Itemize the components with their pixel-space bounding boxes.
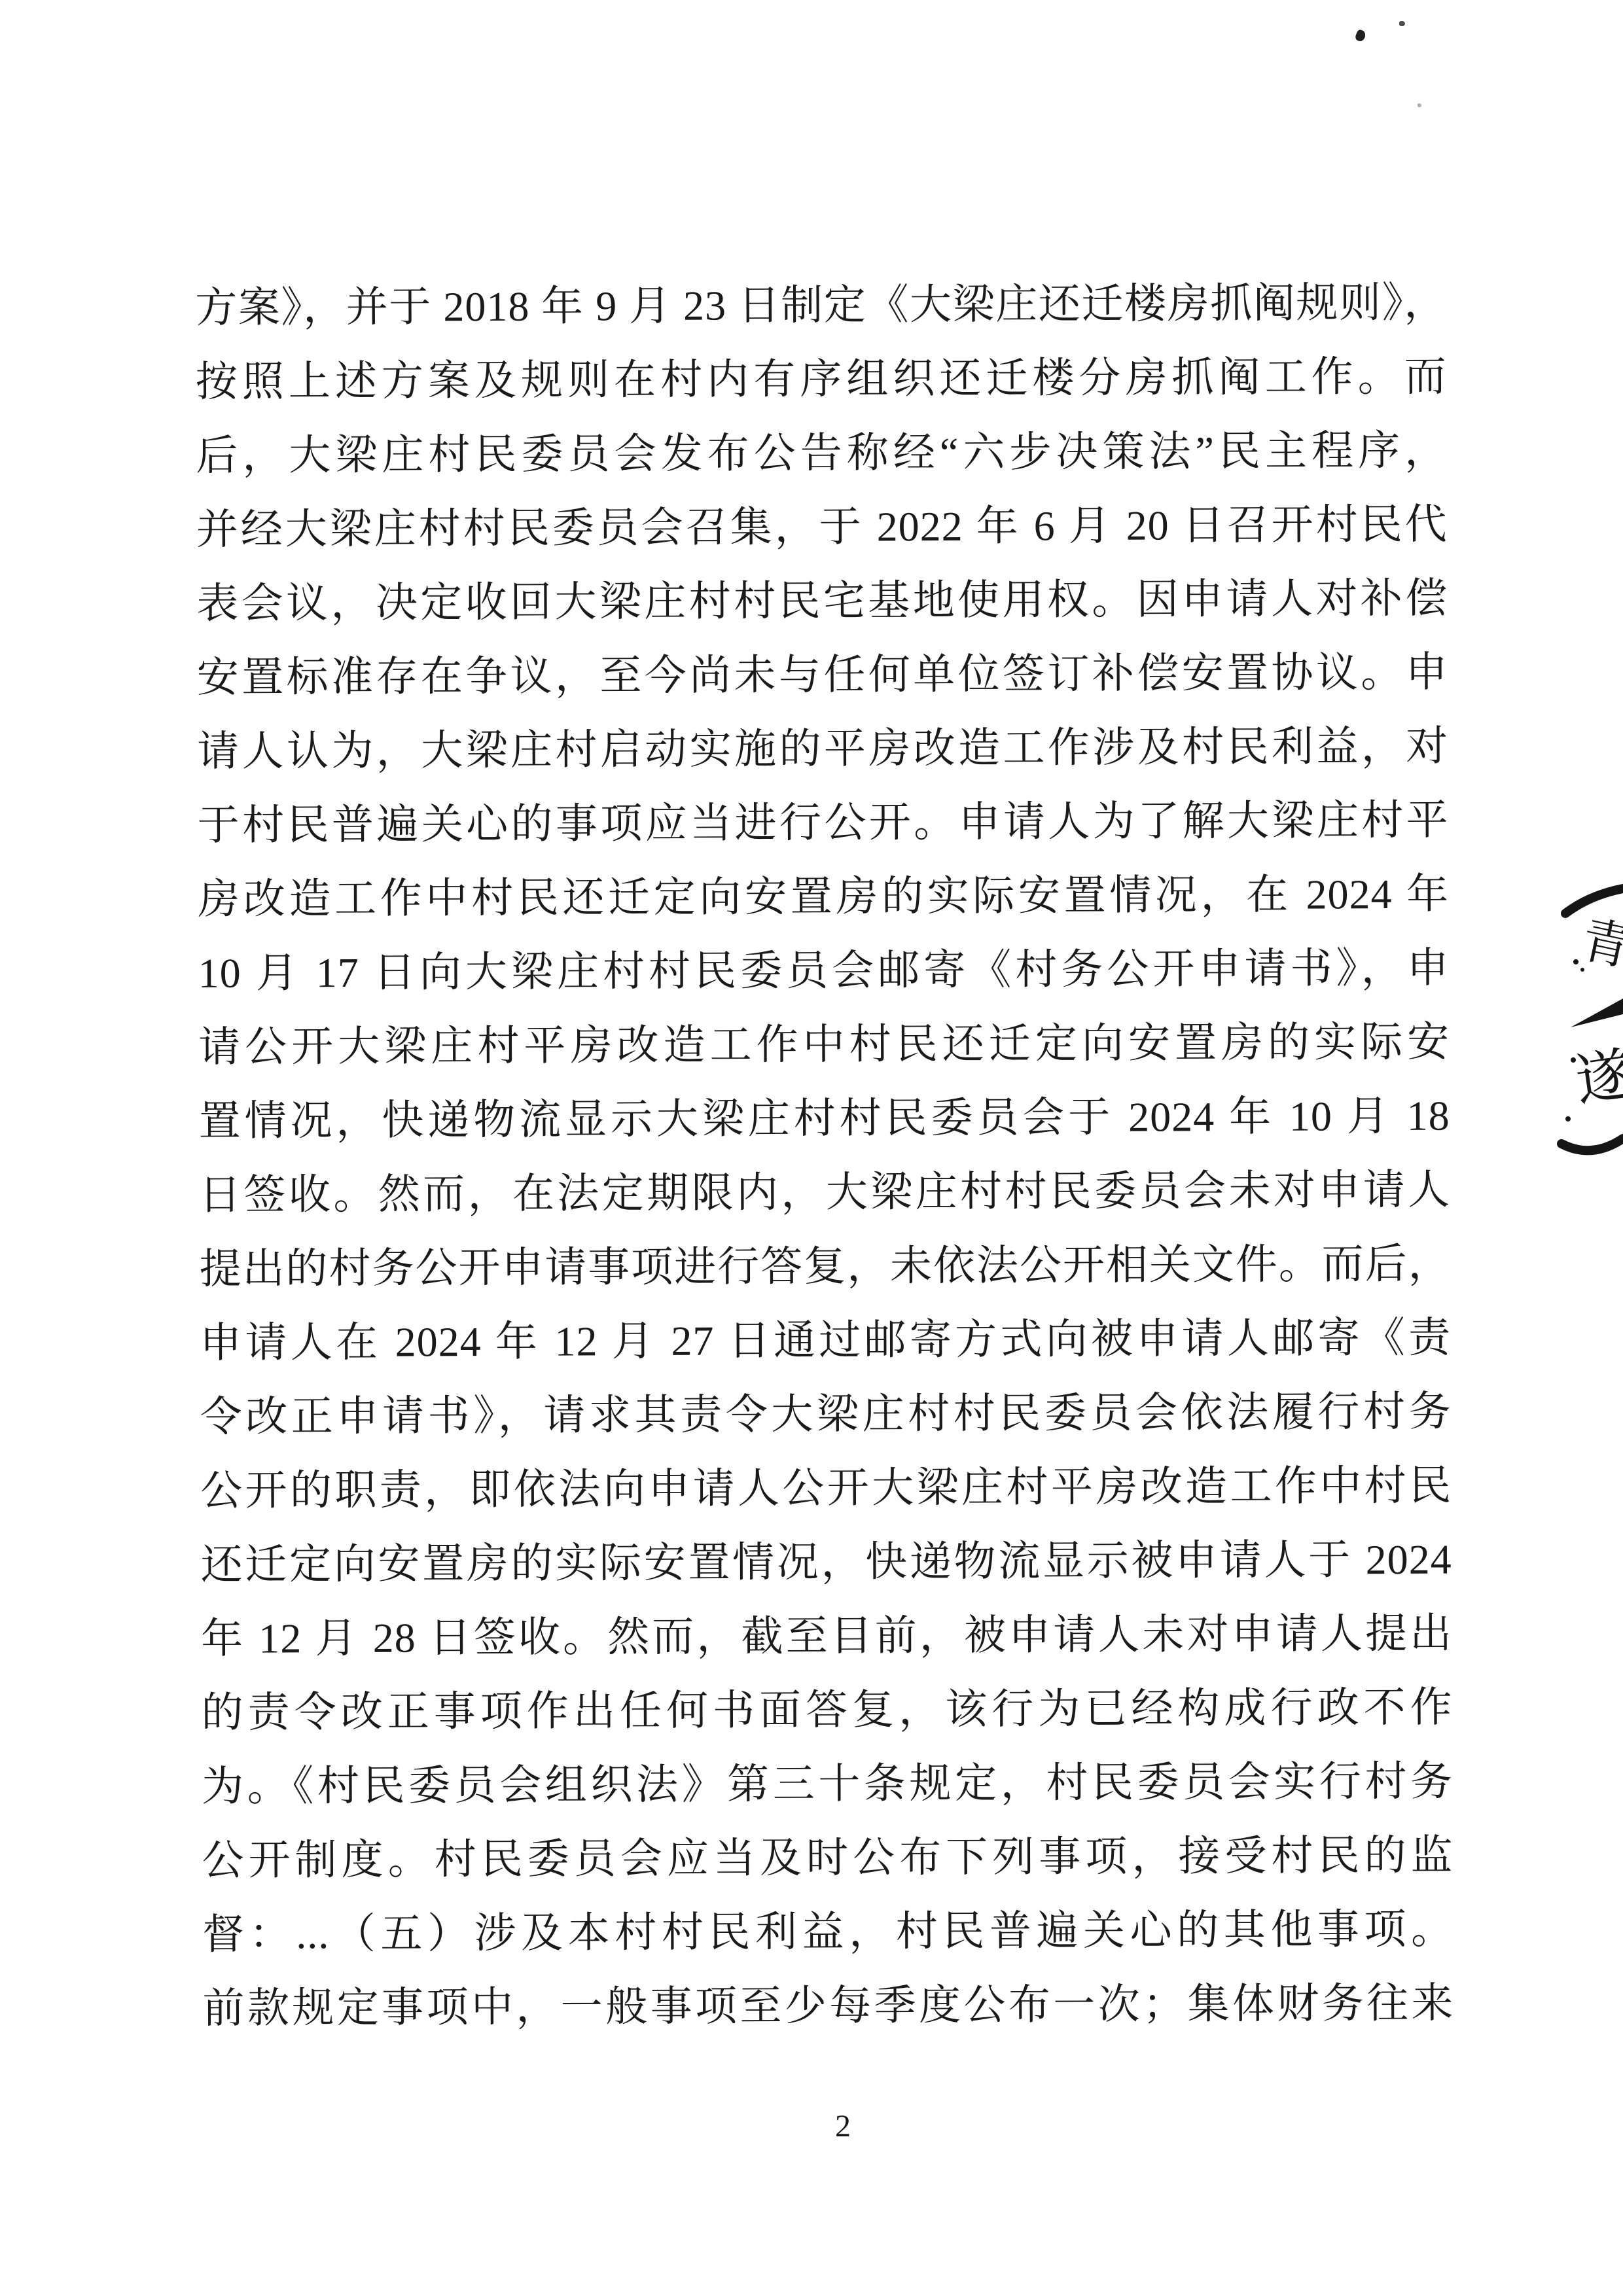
seal-char-bottom: 遂	[1572, 1043, 1623, 1114]
seal-speck	[1573, 959, 1578, 964]
seal-speck	[1565, 1116, 1571, 1122]
text-line: 安置标准存在争议，至今尚未与任何单位签订补偿安置协议。申	[196, 635, 1448, 715]
text-line: 的责令改正事项作出任何书面答复，该行为已经构成行政不作	[201, 1670, 1452, 1750]
seal-speck	[1571, 1057, 1576, 1063]
seal-arc-middle	[1571, 998, 1623, 1027]
text-line: 督：...（五）涉及本村村民利益，村民普遍关心的其他事项。	[202, 1892, 1454, 1971]
text-line: 日签收。然而，在法定期限内，大梁庄村村民委员会未对申请人	[199, 1153, 1450, 1232]
text-line: 还迁定向安置房的实际安置情况，快递物流显示被申请人于 2024	[200, 1523, 1452, 1602]
scan-speck	[1418, 103, 1421, 107]
text-line: 提出的村务公开申请事项进行答复，未依法公开相关文件。而后，	[199, 1227, 1450, 1306]
text-line: 按照上述方案及规则在村内有序组织还迁楼分房抓阄工作。而	[195, 340, 1446, 419]
text-line: 于村民普遍关心的事项应当进行公开。申请人为了解大梁庄村平	[197, 783, 1448, 862]
text-line: 公开的职责，即依法向申请人公开大梁庄村平房改造工作中村民	[200, 1449, 1452, 1528]
text-line: 令改正申请书》，请求其责令大梁庄村村民委员会依法履行村务	[200, 1375, 1451, 1454]
text-line: 10 月 17 日向大梁庄村村民委员会邮寄《村务公开申请书》，申	[198, 931, 1449, 1010]
seal-stamp: 青 遂	[1554, 875, 1623, 1167]
seal-speck	[1580, 968, 1584, 972]
text-line: 为。《村民委员会组织法》第三十条规定，村民委员会实行村务	[202, 1744, 1453, 1824]
text-line: 年 12 月 28 日签收。然而，截至目前，被申请人未对申请人提出	[201, 1597, 1452, 1676]
text-line: 请公开大梁庄村平房改造工作中村民还迁定向安置房的实际安	[198, 1005, 1450, 1084]
seal-char-top: 青	[1577, 912, 1623, 976]
text-line: 公开制度。村民委员会应当及时公布下列事项，接受村民的监	[202, 1818, 1453, 1898]
body-text: 方案》，并于 2018 年 9 月 23 日制定《大梁庄还迁楼房抓阄规则》， 按…	[195, 266, 1454, 2045]
text-line: 方案》，并于 2018 年 9 月 23 日制定《大梁庄还迁楼房抓阄规则》，	[195, 266, 1446, 345]
scan-speck	[1355, 29, 1367, 43]
text-line: 后，大梁庄村民委员会发布公告称经“六步决策法”民主程序，	[196, 414, 1447, 493]
text-line: 置情况，快递物流显示大梁庄村村民委员会于 2024 年 10 月 18	[198, 1079, 1450, 1158]
page-number: 2	[823, 2108, 863, 2144]
seal-arc-bottom	[1561, 1139, 1623, 1150]
scan-speck	[1399, 21, 1405, 26]
text-line: 并经大梁庄村村民委员会召集，于 2022 年 6 月 20 日召开村民代	[196, 487, 1447, 567]
text-line: 表会议，决定收回大梁庄村村民宅基地使用权。因申请人对补偿	[196, 561, 1448, 641]
text-line: 前款规定事项中，一般事项至少每季度公布一次；集体财务往来	[202, 1966, 1454, 2045]
text-line: 申请人在 2024 年 12 月 27 日通过邮寄方式向被申请人邮寄《责	[200, 1301, 1451, 1380]
text-line: 请人认为，大梁庄村启动实施的平房改造工作涉及村民利益，对	[197, 709, 1448, 788]
seal-arc-top	[1565, 889, 1623, 913]
document-page: 方案》，并于 2018 年 9 月 23 日制定《大梁庄还迁楼房抓阄规则》， 按…	[0, 0, 1623, 2296]
text-line: 房改造工作中村民还迁定向安置房的实际安置情况，在 2024 年	[198, 857, 1449, 936]
